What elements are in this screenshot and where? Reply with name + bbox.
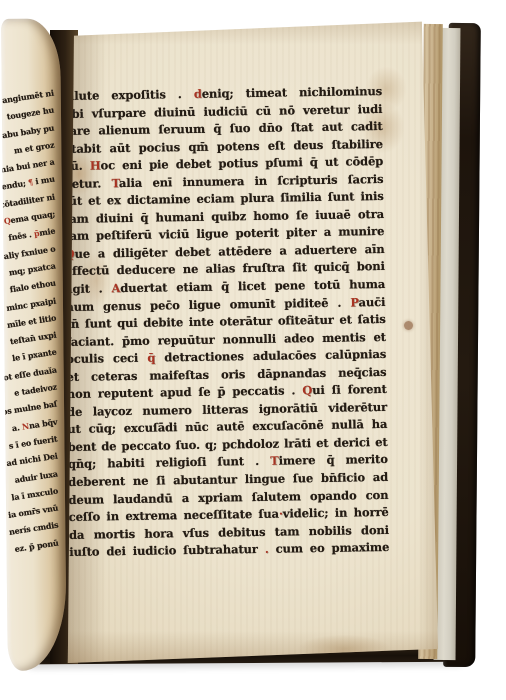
verso-text-fragments: angiumēt nitougeze huabu baby pum et gro… xyxy=(1,84,59,552)
text-line: iuſto dei iudicio ſubtrahatur . cum eo p… xyxy=(69,539,389,562)
rubricated-letter: q̄ xyxy=(147,351,155,365)
book-photo: ſalute expoſitis . deniq; timeat nichilo… xyxy=(0,0,506,700)
verso-page-edge: angiumēt nitougeze huabu baby pum et gro… xyxy=(1,18,67,671)
gothic-text-block: ſalute expoſitis . deniq; timeat nichilo… xyxy=(62,83,389,562)
rubricated-letter: H xyxy=(90,159,101,173)
rubricated-letter: d xyxy=(194,87,202,101)
recto-page: ſalute expoſitis . deniq; timeat nichilo… xyxy=(54,19,438,663)
rubricated-letter: A xyxy=(111,281,120,295)
paper-stain-dot xyxy=(404,321,413,330)
rubricated-letter: T xyxy=(270,454,279,468)
rubricated-letter: . xyxy=(258,542,276,556)
